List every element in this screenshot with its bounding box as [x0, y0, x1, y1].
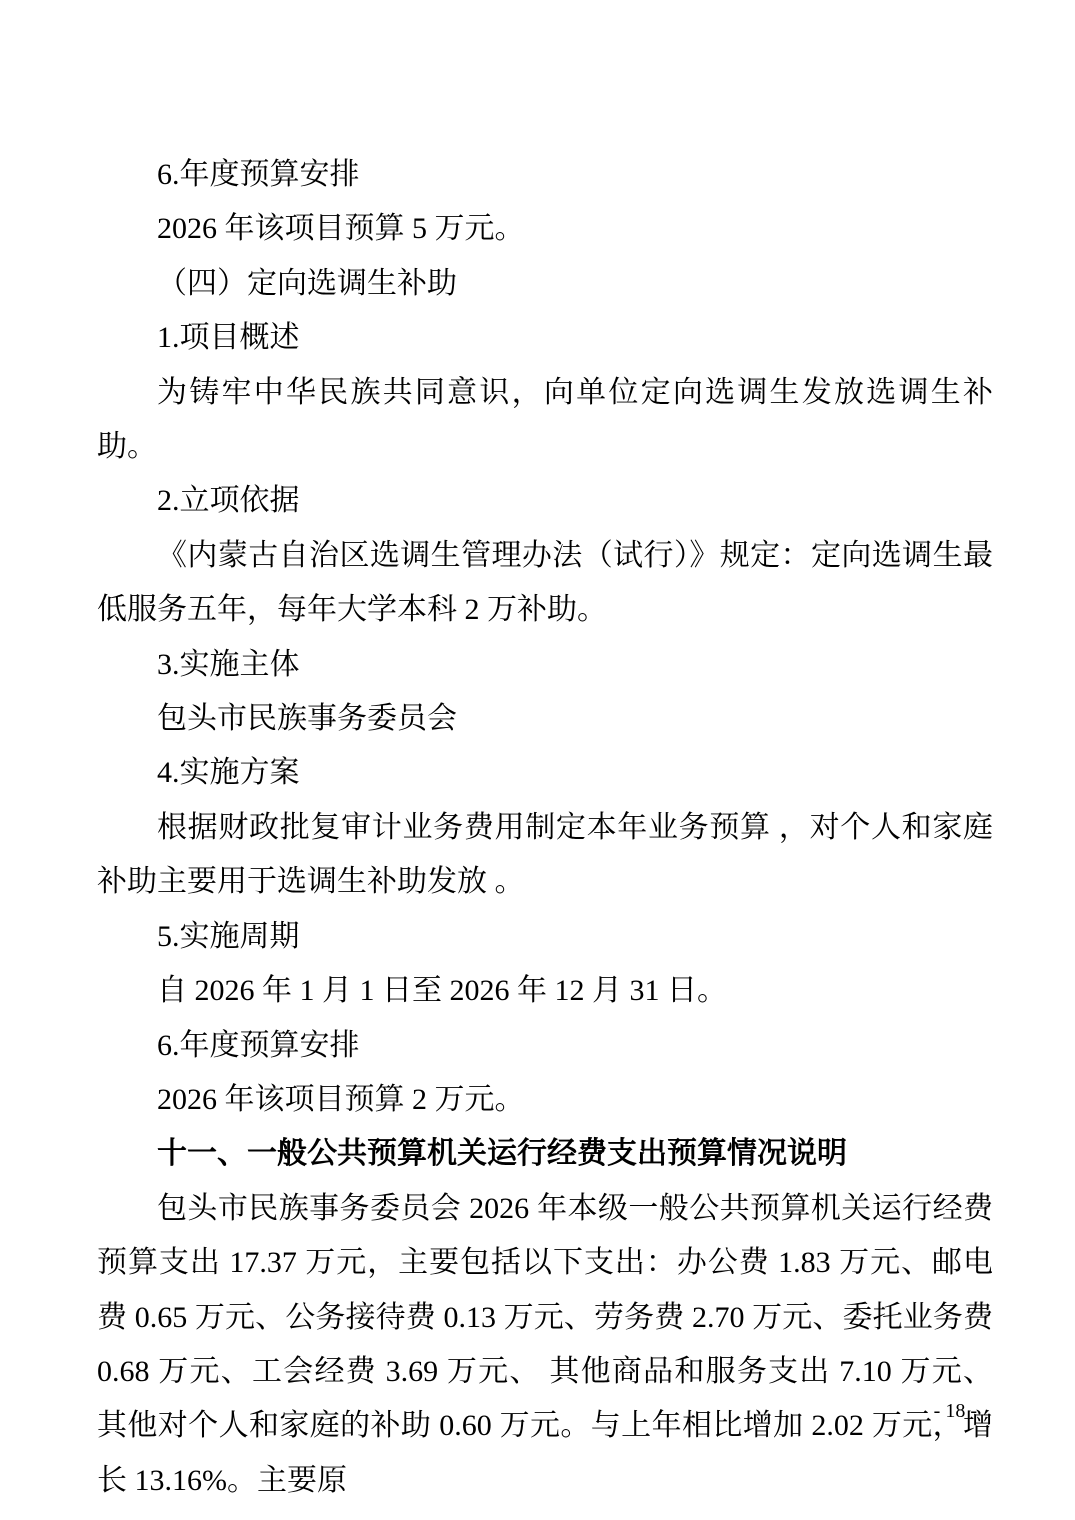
- paragraph-budget-5w: 2026 年该项目预算 5 万元。: [97, 202, 993, 256]
- paragraph-operating-expense-details: 包头市民族事务委员会 2026 年本级一般公共预算机关运行经费预算支出 17.3…: [97, 1182, 993, 1508]
- paragraph-project-overview: 为铸牢中华民族共同意识，向单位定向选调生发放选调生补助。: [97, 366, 993, 475]
- list-item-annual-budget-heading: 6.年度预算安排: [97, 148, 993, 202]
- list-item-project-basis-heading: 2.立项依据: [97, 474, 993, 528]
- list-item-implementation-plan-heading: 4.实施方案: [97, 746, 993, 800]
- list-item-implementing-body-heading: 3.实施主体: [97, 638, 993, 692]
- document-body: 6.年度预算安排 2026 年该项目预算 5 万元。 （四）定向选调生补助 1.…: [97, 148, 993, 1508]
- section-11-heading: 十一、一般公共预算机关运行经费支出预算情况说明: [97, 1127, 993, 1181]
- paragraph-budget-2w: 2026 年该项目预算 2 万元。: [97, 1073, 993, 1127]
- paragraph-implementing-body: 包头市民族事务委员会: [97, 692, 993, 746]
- subsection-heading-4-dingxiang-subsidy: （四）定向选调生补助: [97, 257, 993, 311]
- paragraph-implementation-plan: 根据财政批复审计业务费用制定本年业务预算 ，对个人和家庭补助主要用于选调生补助发…: [97, 801, 993, 910]
- paragraph-project-basis: 《内蒙古自治区选调生管理办法（试行）》规定：定向选调生最低服务五年，每年大学本科…: [97, 529, 993, 638]
- list-item-annual-budget-heading-2: 6.年度预算安排: [97, 1019, 993, 1073]
- list-item-project-overview-heading: 1.项目概述: [97, 311, 993, 365]
- page-number: - 18 -: [934, 1399, 977, 1423]
- paragraph-implementation-period: 自 2026 年 1 月 1 日至 2026 年 12 月 31 日。: [97, 964, 993, 1018]
- list-item-implementation-period-heading: 5.实施周期: [97, 910, 993, 964]
- document-page: 6.年度预算安排 2026 年该项目预算 5 万元。 （四）定向选调生补助 1.…: [0, 0, 1075, 1520]
